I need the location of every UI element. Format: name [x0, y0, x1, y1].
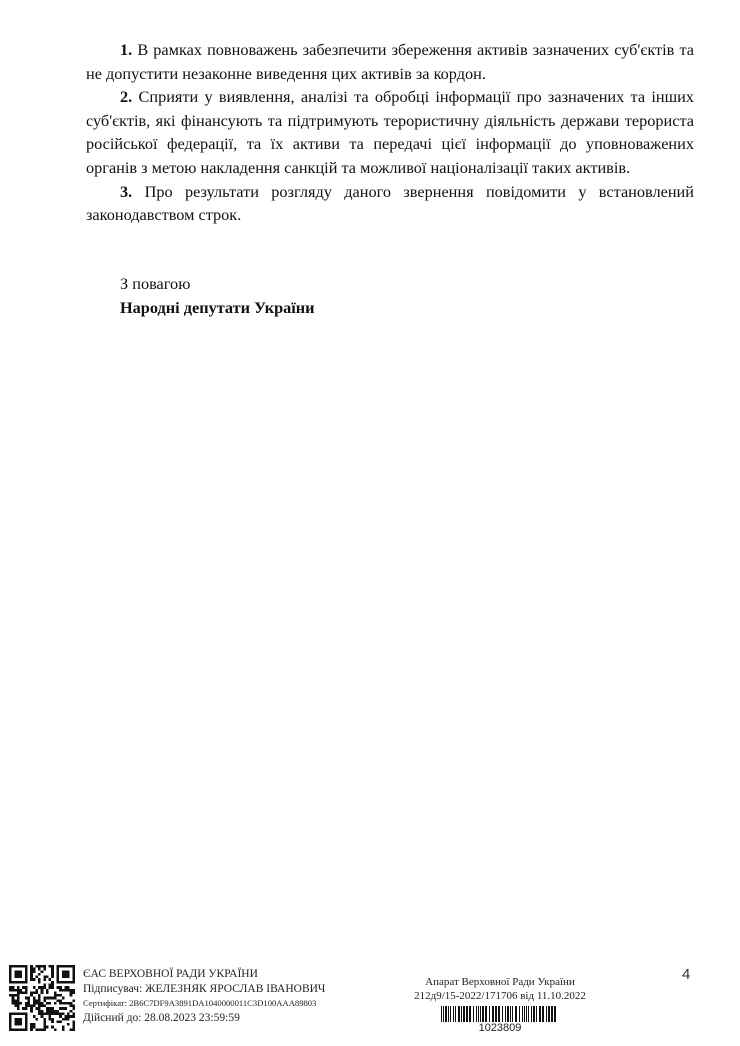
qr-code-icon	[9, 965, 75, 1031]
barcode-icon	[441, 1006, 559, 1022]
paragraph-number: 2.	[120, 87, 132, 106]
page-number: 4	[682, 966, 690, 983]
closing-salutation: З повагою	[120, 272, 315, 296]
registration-block: Апарат Верховної Ради України 212д9/15-2…	[400, 975, 600, 1035]
document-page: 1. В рамках повноважень забезпечити збер…	[0, 0, 740, 1046]
paragraph-text: Про результати розгляду даного звернення…	[86, 182, 694, 225]
stamp-signer: Підписувач: ЖЕЛЕЗНЯК ЯРОСЛАВ ІВАНОВИЧ	[83, 982, 325, 997]
paragraph-number: 1.	[120, 40, 132, 59]
paragraph-3: 3. Про результати розгляду даного зверне…	[86, 180, 694, 227]
paragraph-1: 1. В рамках повноважень забезпечити збер…	[86, 38, 694, 85]
barcode-number: 1023809	[400, 1022, 600, 1035]
stamp-certificate: Сертифікат: 2B6C7DF9A3891DA1040000011C3D…	[83, 996, 325, 1011]
signature-line: Народні депутати України	[120, 296, 315, 320]
paragraph-text: Сприяти у виявлення, аналізі та обробці …	[86, 87, 694, 177]
stamp-title: ЄАС ВЕРХОВНОЇ РАДИ УКРАЇНИ	[83, 967, 325, 982]
paragraph-number: 3.	[120, 182, 132, 201]
document-body: 1. В рамках повноважень забезпечити збер…	[86, 38, 694, 227]
digital-signature-stamp: ЄАС ВЕРХОВНОЇ РАДИ УКРАЇНИ Підписувач: Ж…	[83, 967, 325, 1025]
stamp-valid-until: Дійсний до: 28.08.2023 23:59:59	[83, 1011, 325, 1026]
registration-org: Апарат Верховної Ради України	[400, 975, 600, 989]
paragraph-text: В рамках повноважень забезпечити збереже…	[86, 40, 694, 83]
closing-block: З повагою Народні депутати України	[120, 272, 315, 320]
paragraph-2: 2. Сприяти у виявлення, аналізі та оброб…	[86, 85, 694, 179]
registration-number: 212д9/15-2022/171706 від 11.10.2022	[400, 989, 600, 1003]
